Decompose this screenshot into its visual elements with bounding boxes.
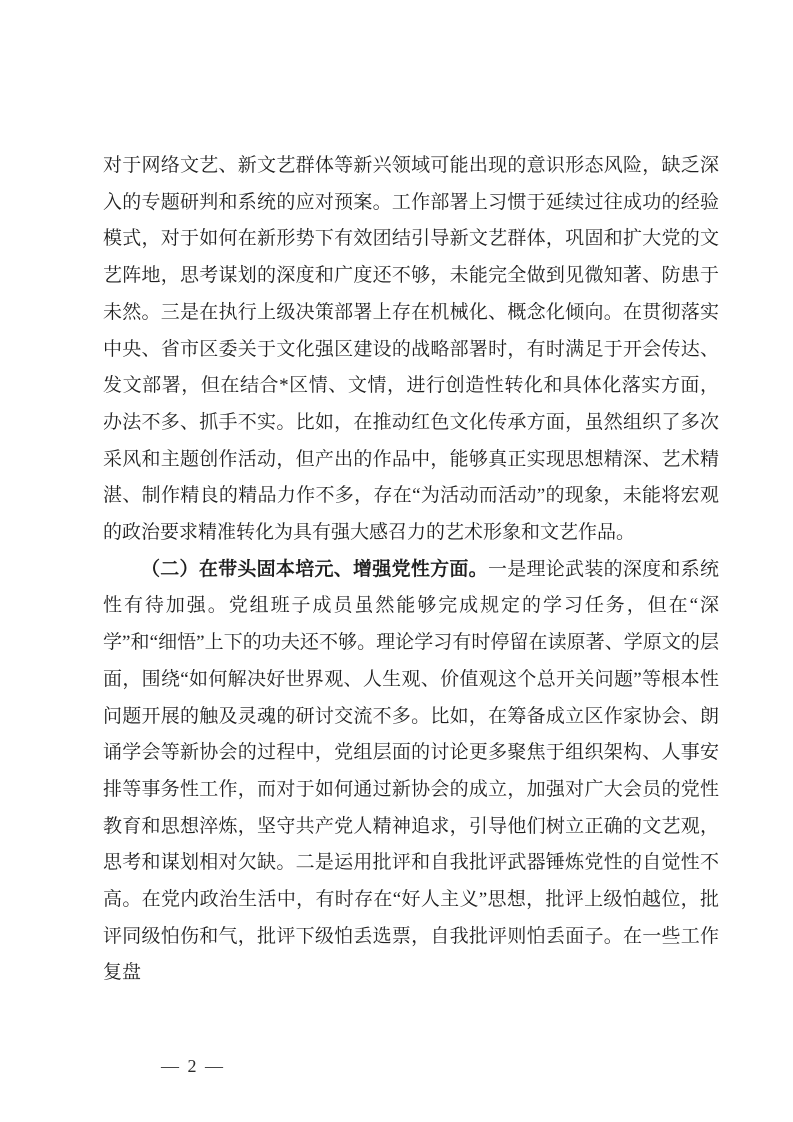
page-footer: — 2 — (135, 1030, 225, 1102)
text-segment: 一是理论武装的深度和系统性有待加强。党组班子成员虽然能够完成规定的学习任务，但在… (103, 559, 719, 984)
page-number: — 2 — (161, 1056, 225, 1076)
paragraph: （二）在带头固本培元、增强党性方面。一是理论武装的深度和系统性有待加强。党组班子… (103, 552, 719, 992)
section-heading-segment: （二）在带头固本培元、增强党性方面。 (141, 559, 488, 580)
text-segment: 对于网络文艺、新文艺群体等新兴领域可能出现的意识形态风险，缺乏深入的专题研判和系… (103, 155, 719, 543)
document-page: 对于网络文艺、新文艺群体等新兴领域可能出现的意识形态风险，缺乏深入的专题研判和系… (0, 0, 793, 1122)
paragraph: 对于网络文艺、新文艺群体等新兴领域可能出现的意识形态风险，缺乏深入的专题研判和系… (103, 148, 719, 552)
document-body: 对于网络文艺、新文艺群体等新兴领域可能出现的意识形态风险，缺乏深入的专题研判和系… (103, 148, 719, 992)
